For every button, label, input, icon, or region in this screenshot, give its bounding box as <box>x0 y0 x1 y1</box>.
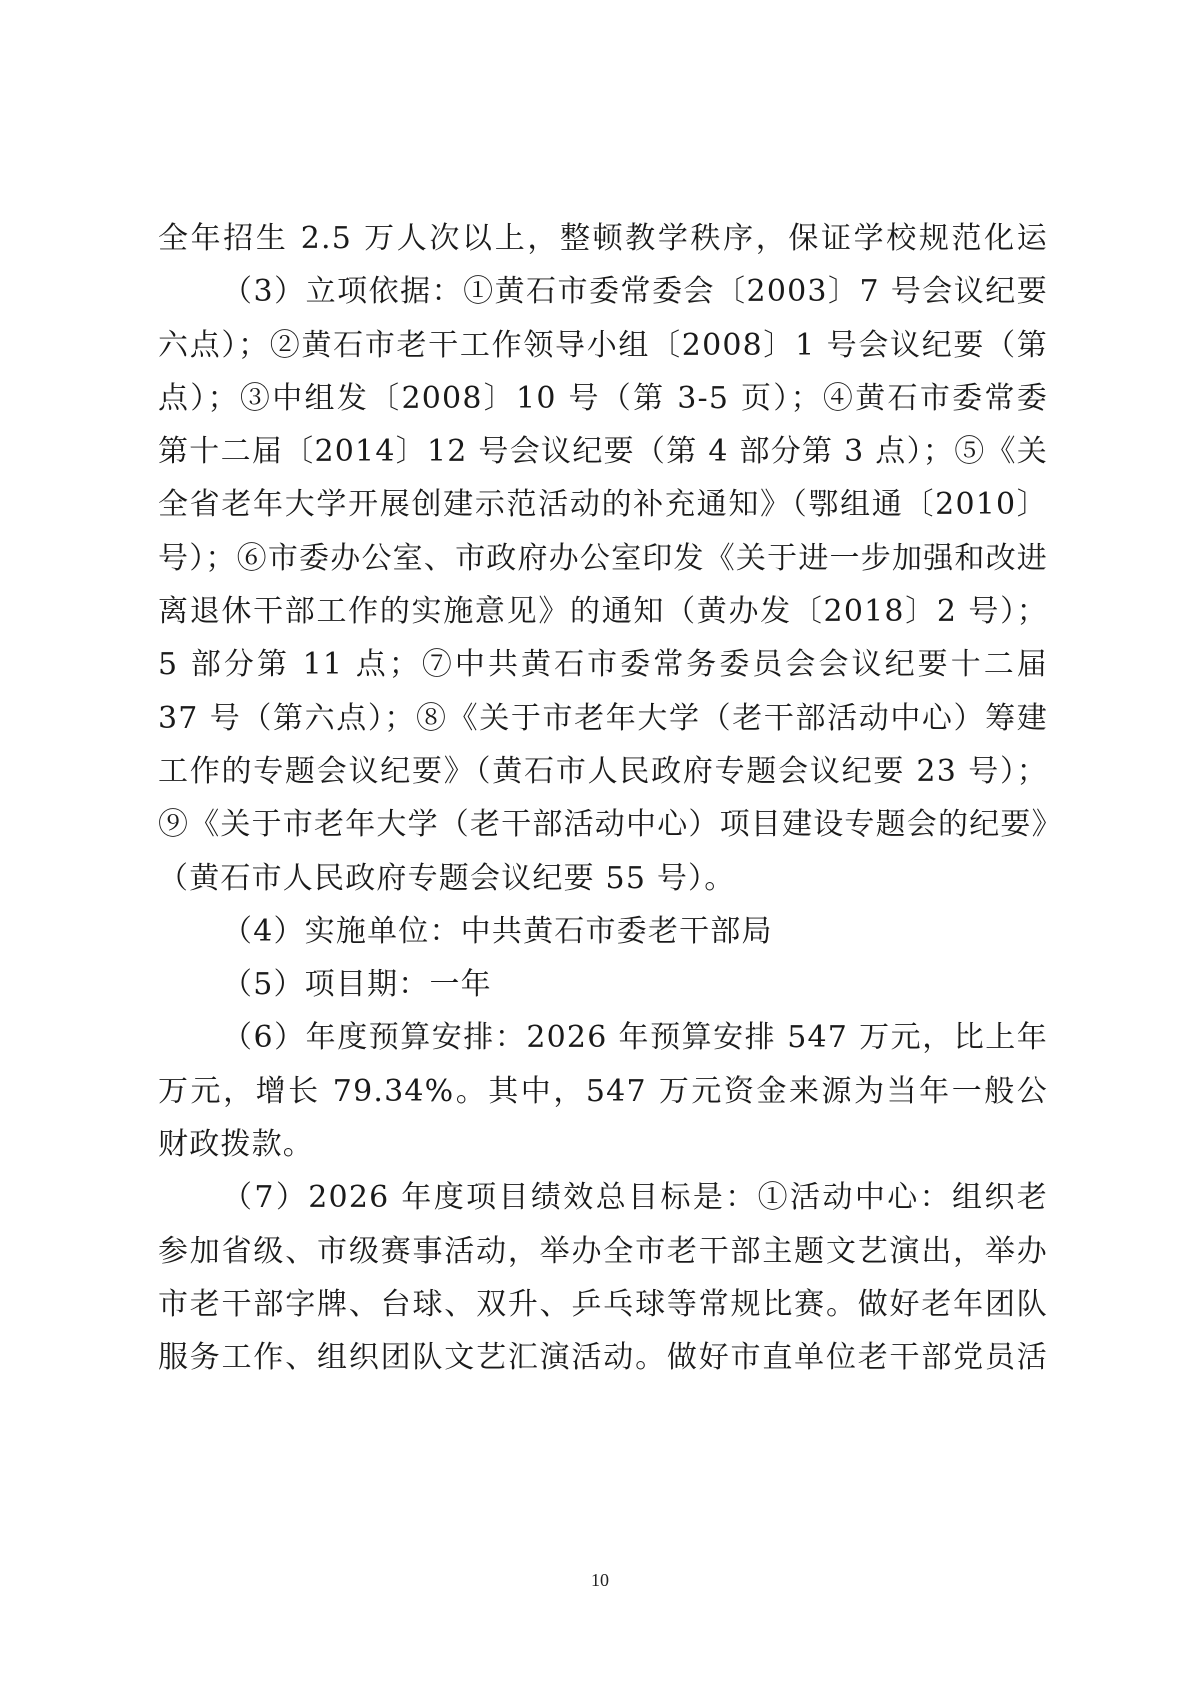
body-line-6: 全省老年大学开展创建示范活动的补充通知》（鄂组通〔2010〕20 <box>158 478 1048 531</box>
body-line-17: 万元，增长 79.34%。其中，547 万元资金来源为当年一般公共预算 <box>158 1065 1048 1118</box>
body-line-18: 财政拨款。 <box>158 1118 1048 1171</box>
document-body: 全年招生 2.5 万人次以上，整顿教学秩序，保证学校规范化运行。 （3）立项依据… <box>158 212 1048 1385</box>
body-line-10: 37 号（第六点）；⑧《关于市老年大学（老干部活动中心）筹建 <box>158 692 1048 745</box>
body-line-12: ⑨《关于市老年大学（老干部活动中心）项目建设专题会的纪要》 <box>158 798 1048 851</box>
body-line-14: （4）实施单位：中共黄石市委老干部局 <box>158 905 1048 958</box>
body-line-2: （3）立项依据：①黄石市委常委会〔2003〕7 号会议纪要（第 <box>158 265 1048 318</box>
body-line-3: 六点）；②黄石市老干工作领导小组〔2008〕1 号会议纪要（第二 <box>158 319 1048 372</box>
body-line-16: （6）年度预算安排：2026 年预算安排 547 万元，比上年增 242 <box>158 1011 1048 1064</box>
page-number: 10 <box>0 1570 1200 1591</box>
body-line-20: 参加省级、市级赛事活动，举办全市老干部主题文艺演出，举办全 <box>158 1225 1048 1278</box>
body-line-1: 全年招生 2.5 万人次以上，整顿教学秩序，保证学校规范化运行。 <box>158 212 1048 265</box>
body-line-9: 5 部分第 11 点；⑦中共黄石市委常务委员会会议纪要十二届〔2016〕 <box>158 638 1048 691</box>
body-line-8: 离退休干部工作的实施意见》的通知（黄办发〔2018〕2 号）；第 <box>158 585 1048 638</box>
body-line-7: 号）；⑥市委办公室、市政府办公室印发《关于进一步加强和改进 <box>158 532 1048 585</box>
body-line-4: 点）；③中组发〔2008〕10 号（第 3-5 页）；④黄石市委常委会 <box>158 372 1048 425</box>
body-line-22: 服务工作、组织团队文艺汇演活动。做好市直单位老干部党员活 <box>158 1331 1048 1384</box>
document-page: 全年招生 2.5 万人次以上，整顿教学秩序，保证学校规范化运行。 （3）立项依据… <box>0 0 1200 1697</box>
body-line-11: 工作的专题会议纪要》（黄石市人民政府专题会议纪要 23 号）； <box>158 745 1048 798</box>
body-line-21: 市老干部字牌、台球、双升、乒乓球等常规比赛。做好老年团队 <box>158 1278 1048 1331</box>
body-line-5: 第十二届〔2014〕12 号会议纪要（第 4 部分第 3 点）；⑤《关于 <box>158 425 1048 478</box>
body-line-15: （5）项目期：一年 <box>158 958 1048 1011</box>
body-line-13: （黄石市人民政府专题会议纪要 55 号）。 <box>158 852 1048 905</box>
body-line-19: （7）2026 年度项目绩效总目标是：①活动中心：组织老干部 <box>158 1171 1048 1224</box>
